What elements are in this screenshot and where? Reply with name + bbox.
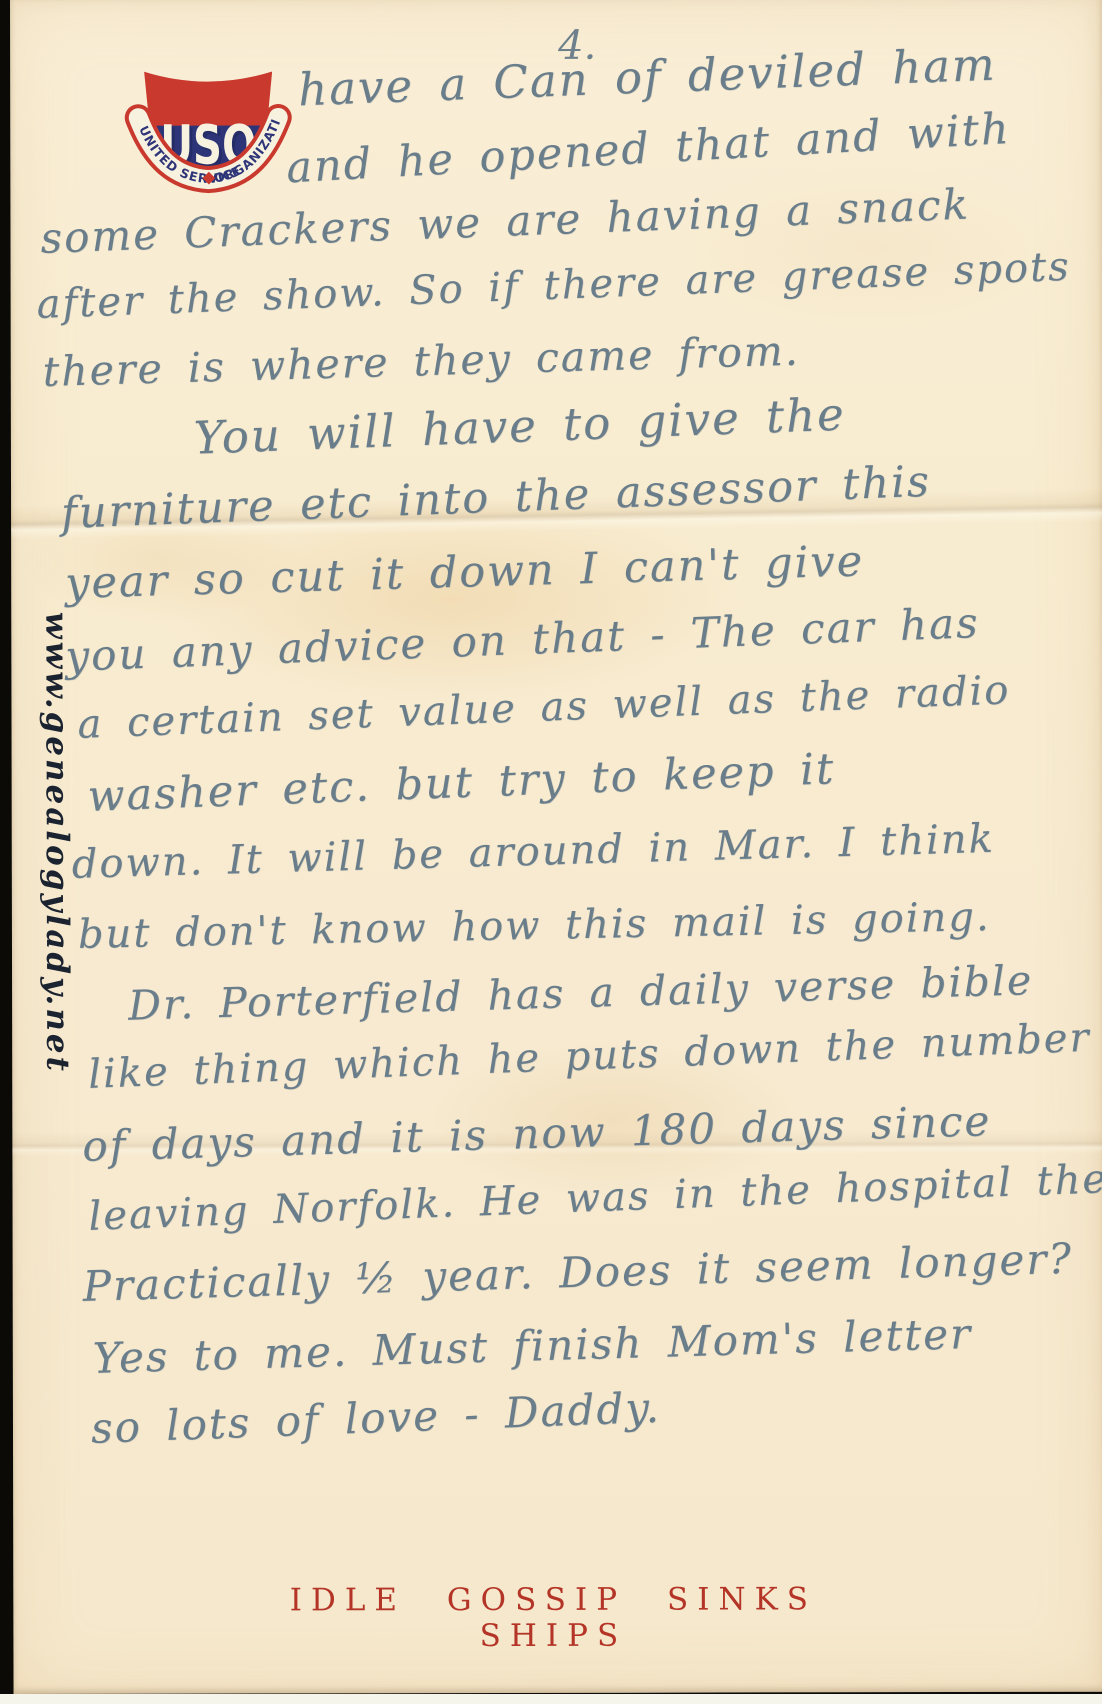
handwritten-line-18: Practically ½ year. Does it seem longer? [82,1234,1073,1311]
handwritten-line-17: leaving Norfolk. He was in the hospital … [88,1154,1102,1240]
scanned-letter: USO USO UNITED SERVICE ORGANIZATIONS 4. … [0,0,1102,1704]
handwritten-line-8: year so cut it down I can't give [65,536,865,609]
handwritten-line-14: Dr. Porterfield has a daily verse bible [127,956,1033,1030]
handwritten-line-12: down. It will be around in Mar. I think [71,816,995,888]
handwritten-line-7: furniture etc into the assessor this [60,457,932,539]
handwritten-line-2: and he opened that and with [285,104,1012,193]
handwritten-line-20: so lots of love - Daddy. [90,1383,661,1453]
scanner-edge-strip [0,1694,1102,1704]
slogan-idle-gossip: IDLE GOSSIP SINKS SHIPS [203,1581,903,1654]
handwritten-line-16: of days and it is now 180 days since [82,1096,992,1171]
handwritten-line-11: washer etc. but try to keep it [87,744,836,822]
handwritten-line-15: like thing which he puts down the number [87,1015,1091,1098]
handwritten-line-19: Yes to me. Must finish Mom's letter [92,1309,973,1383]
handwritten-line-1: have a Can of deviled ham [297,38,997,117]
watermark-url: www.genealogylady.net [38,612,75,1074]
uso-logo: USO USO UNITED SERVICE ORGANIZATIONS [124,63,292,201]
handwritten-line-5: there is where they came from. [42,327,800,396]
handwritten-line-9: you any advice on that - The car has [64,598,980,681]
letter-paper: USO USO UNITED SERVICE ORGANIZATIONS 4. … [10,0,1102,1694]
handwritten-line-6: You will have to give the [193,388,847,465]
handwritten-line-10: a certain set value as well as the radio [77,667,1011,747]
handwritten-line-13: but don't know how this mail is going. [78,894,992,958]
